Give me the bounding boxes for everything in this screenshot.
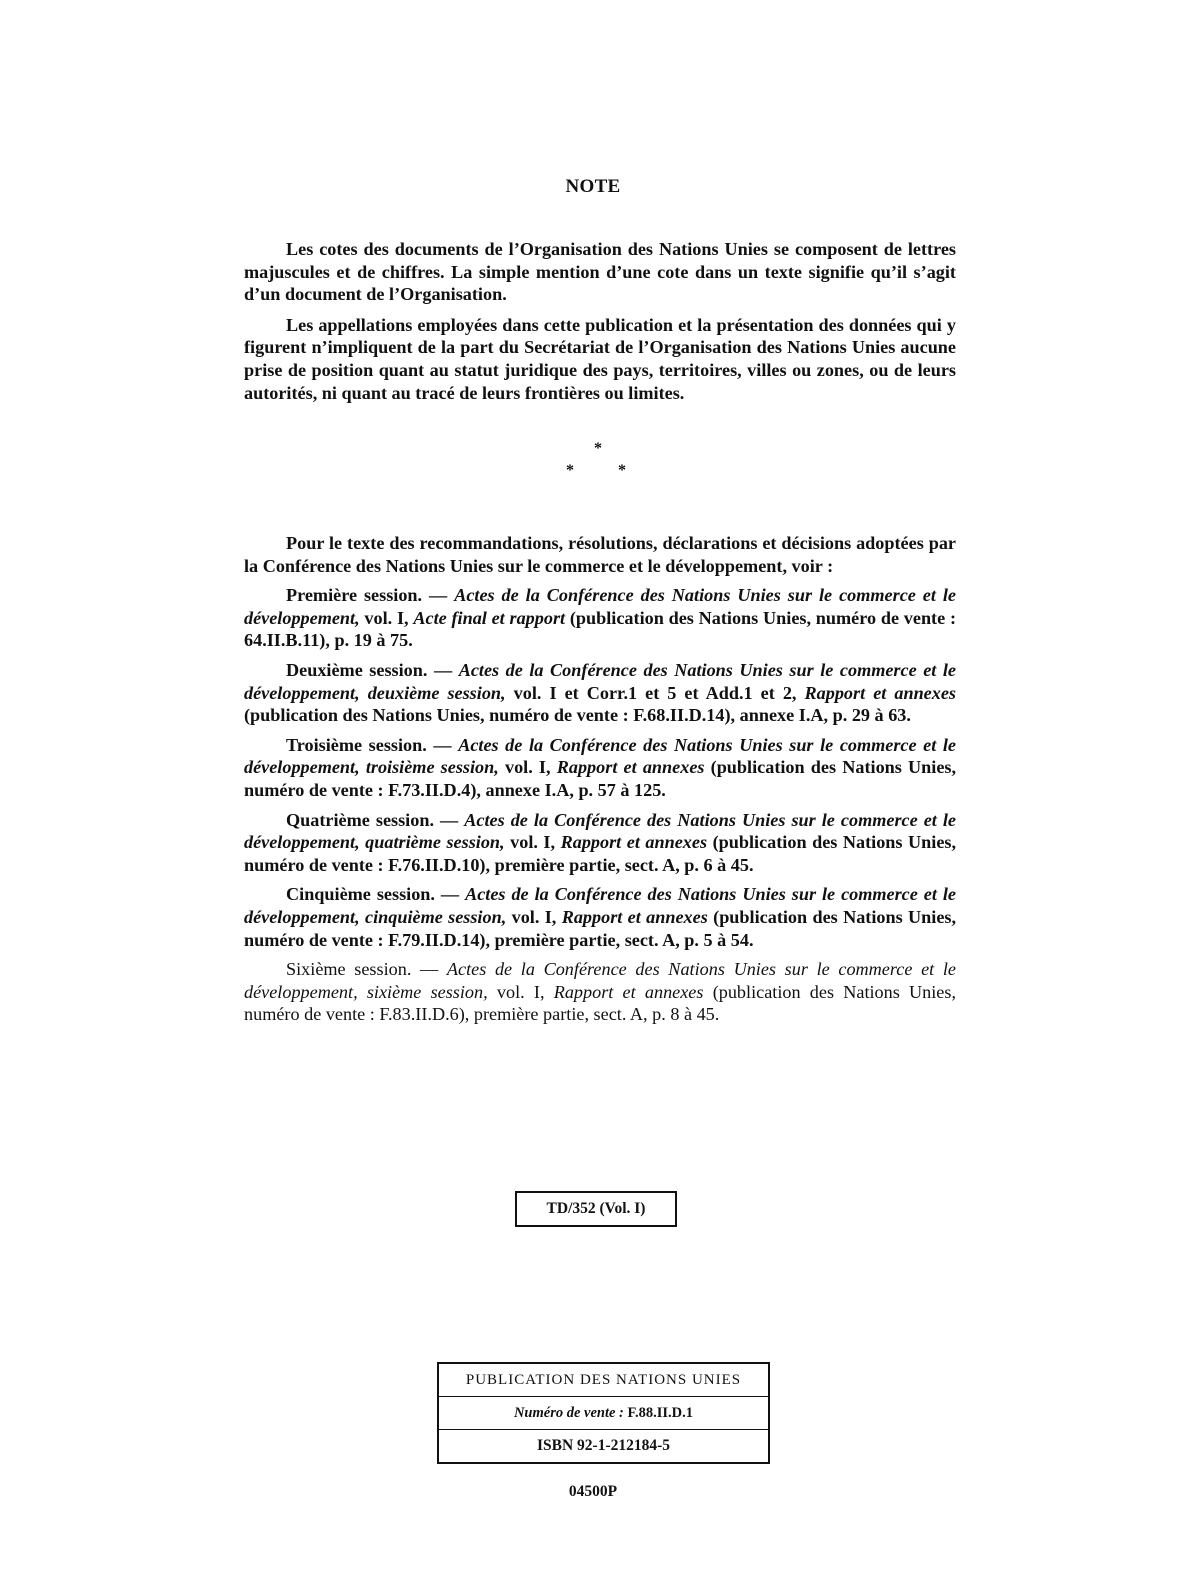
asterisk-left: * bbox=[566, 462, 574, 480]
session-volume: vol. I, bbox=[505, 757, 551, 777]
session-name: Cinquième session. — bbox=[286, 884, 459, 904]
session-volume: vol. I, bbox=[497, 982, 545, 1002]
page-title: NOTE bbox=[0, 176, 1186, 198]
session-name: Quatrième session. — bbox=[286, 810, 458, 830]
publication-header: PUBLICATION DES NATIONS UNIES bbox=[439, 1364, 768, 1396]
session-subtitle: Rapport et annexes bbox=[554, 982, 704, 1002]
intro-paragraph-1: Les cotes des documents de l’Organisatio… bbox=[244, 238, 956, 306]
session-entry-1: Première session. — Actes de la Conféren… bbox=[244, 584, 956, 652]
session-volume: vol. I et Corr.1 et 5 et Add.1 et 2, bbox=[514, 683, 797, 703]
session-subtitle: Rapport et annexes bbox=[562, 907, 708, 927]
asterisk-top: * bbox=[594, 440, 602, 458]
intro-section: Les cotes des documents de l’Organisatio… bbox=[244, 238, 956, 412]
intro-paragraph-2: Les appellations employées dans cette pu… bbox=[244, 314, 956, 404]
isbn-row: ISBN 92-1-212184-5 bbox=[439, 1430, 768, 1462]
document-page: NOTE Les cotes des documents de l’Organi… bbox=[0, 0, 1186, 1586]
references-section: Pour le texte des recommandations, résol… bbox=[244, 532, 956, 1033]
session-volume: vol. I, bbox=[512, 907, 557, 927]
sales-number-value: F.88.II.D.1 bbox=[628, 1405, 694, 1421]
session-volume: vol. I, bbox=[364, 608, 408, 628]
session-subtitle: Rapport et annexes bbox=[561, 832, 707, 852]
publication-info-box: PUBLICATION DES NATIONS UNIES Numéro de … bbox=[437, 1362, 770, 1464]
print-code: 04500P bbox=[0, 1483, 1186, 1501]
session-subtitle: Rapport et annexes bbox=[557, 757, 705, 777]
session-entry-4: Quatrième session. — Actes de la Confére… bbox=[244, 809, 956, 877]
session-name: Troisième session. — bbox=[286, 735, 452, 755]
session-name: Deuxième session. — bbox=[286, 660, 452, 680]
session-name: Première session. — bbox=[286, 585, 447, 605]
session-entry-5: Cinquième session. — Actes de la Confére… bbox=[244, 883, 956, 951]
session-entry-6: Sixième session. — Actes de la Conférenc… bbox=[244, 958, 956, 1026]
asterism-separator: * * * bbox=[0, 440, 1186, 490]
sales-number-row: Numéro de vente : F.88.II.D.1 bbox=[439, 1396, 768, 1430]
session-details: (publication des Nations Unies, numéro d… bbox=[244, 705, 911, 725]
document-symbol: TD/352 (Vol. I) bbox=[547, 1200, 646, 1217]
sales-number-label: Numéro de vente : bbox=[514, 1405, 624, 1421]
session-volume: vol. I, bbox=[510, 832, 555, 852]
session-subtitle: Acte final et rapport bbox=[413, 608, 565, 628]
asterisk-right: * bbox=[618, 462, 626, 480]
session-entry-3: Troisième session. — Actes de la Confére… bbox=[244, 734, 956, 802]
document-symbol-box: TD/352 (Vol. I) bbox=[515, 1191, 677, 1227]
session-name: Sixième session. — bbox=[286, 959, 438, 979]
references-lead: Pour le texte des recommandations, résol… bbox=[244, 532, 956, 577]
session-entry-2: Deuxième session. — Actes de la Conféren… bbox=[244, 659, 956, 727]
session-subtitle: Rapport et annexes bbox=[805, 683, 957, 703]
